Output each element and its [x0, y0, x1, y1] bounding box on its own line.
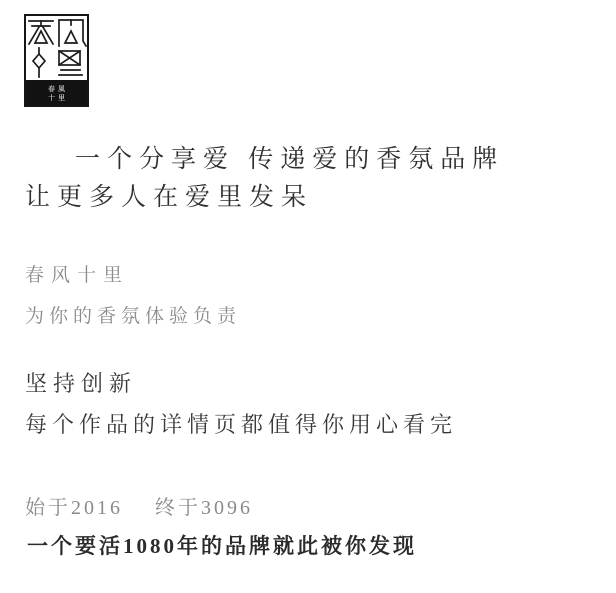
- brand-name: 春风十里: [25, 266, 129, 285]
- hero-headline-line2: 让更多人在爱里发呆: [25, 185, 313, 210]
- brand-timeline: 始于2016终于3096: [25, 498, 253, 518]
- hero-headline-line1: 一个分享爱 传递爱的香氛品牌: [75, 147, 504, 172]
- logo-band: 春風 十里: [24, 81, 89, 106]
- logo-band-line1: 春風: [45, 85, 68, 94]
- timeline-until: 终于3096: [155, 497, 253, 519]
- brand-slogan: 一个要活1080年的品牌就此被你发现: [27, 536, 417, 557]
- logo-band-line2: 十里: [45, 94, 68, 103]
- innovation-title: 坚持创新: [25, 373, 137, 395]
- brand-logo: 春風 十里: [24, 14, 89, 107]
- brand-tagline: 为你的香氛体验负责: [25, 307, 241, 326]
- innovation-detail: 每个作品的详情页都值得你用心看完: [25, 414, 457, 436]
- timeline-since: 始于2016: [25, 497, 123, 519]
